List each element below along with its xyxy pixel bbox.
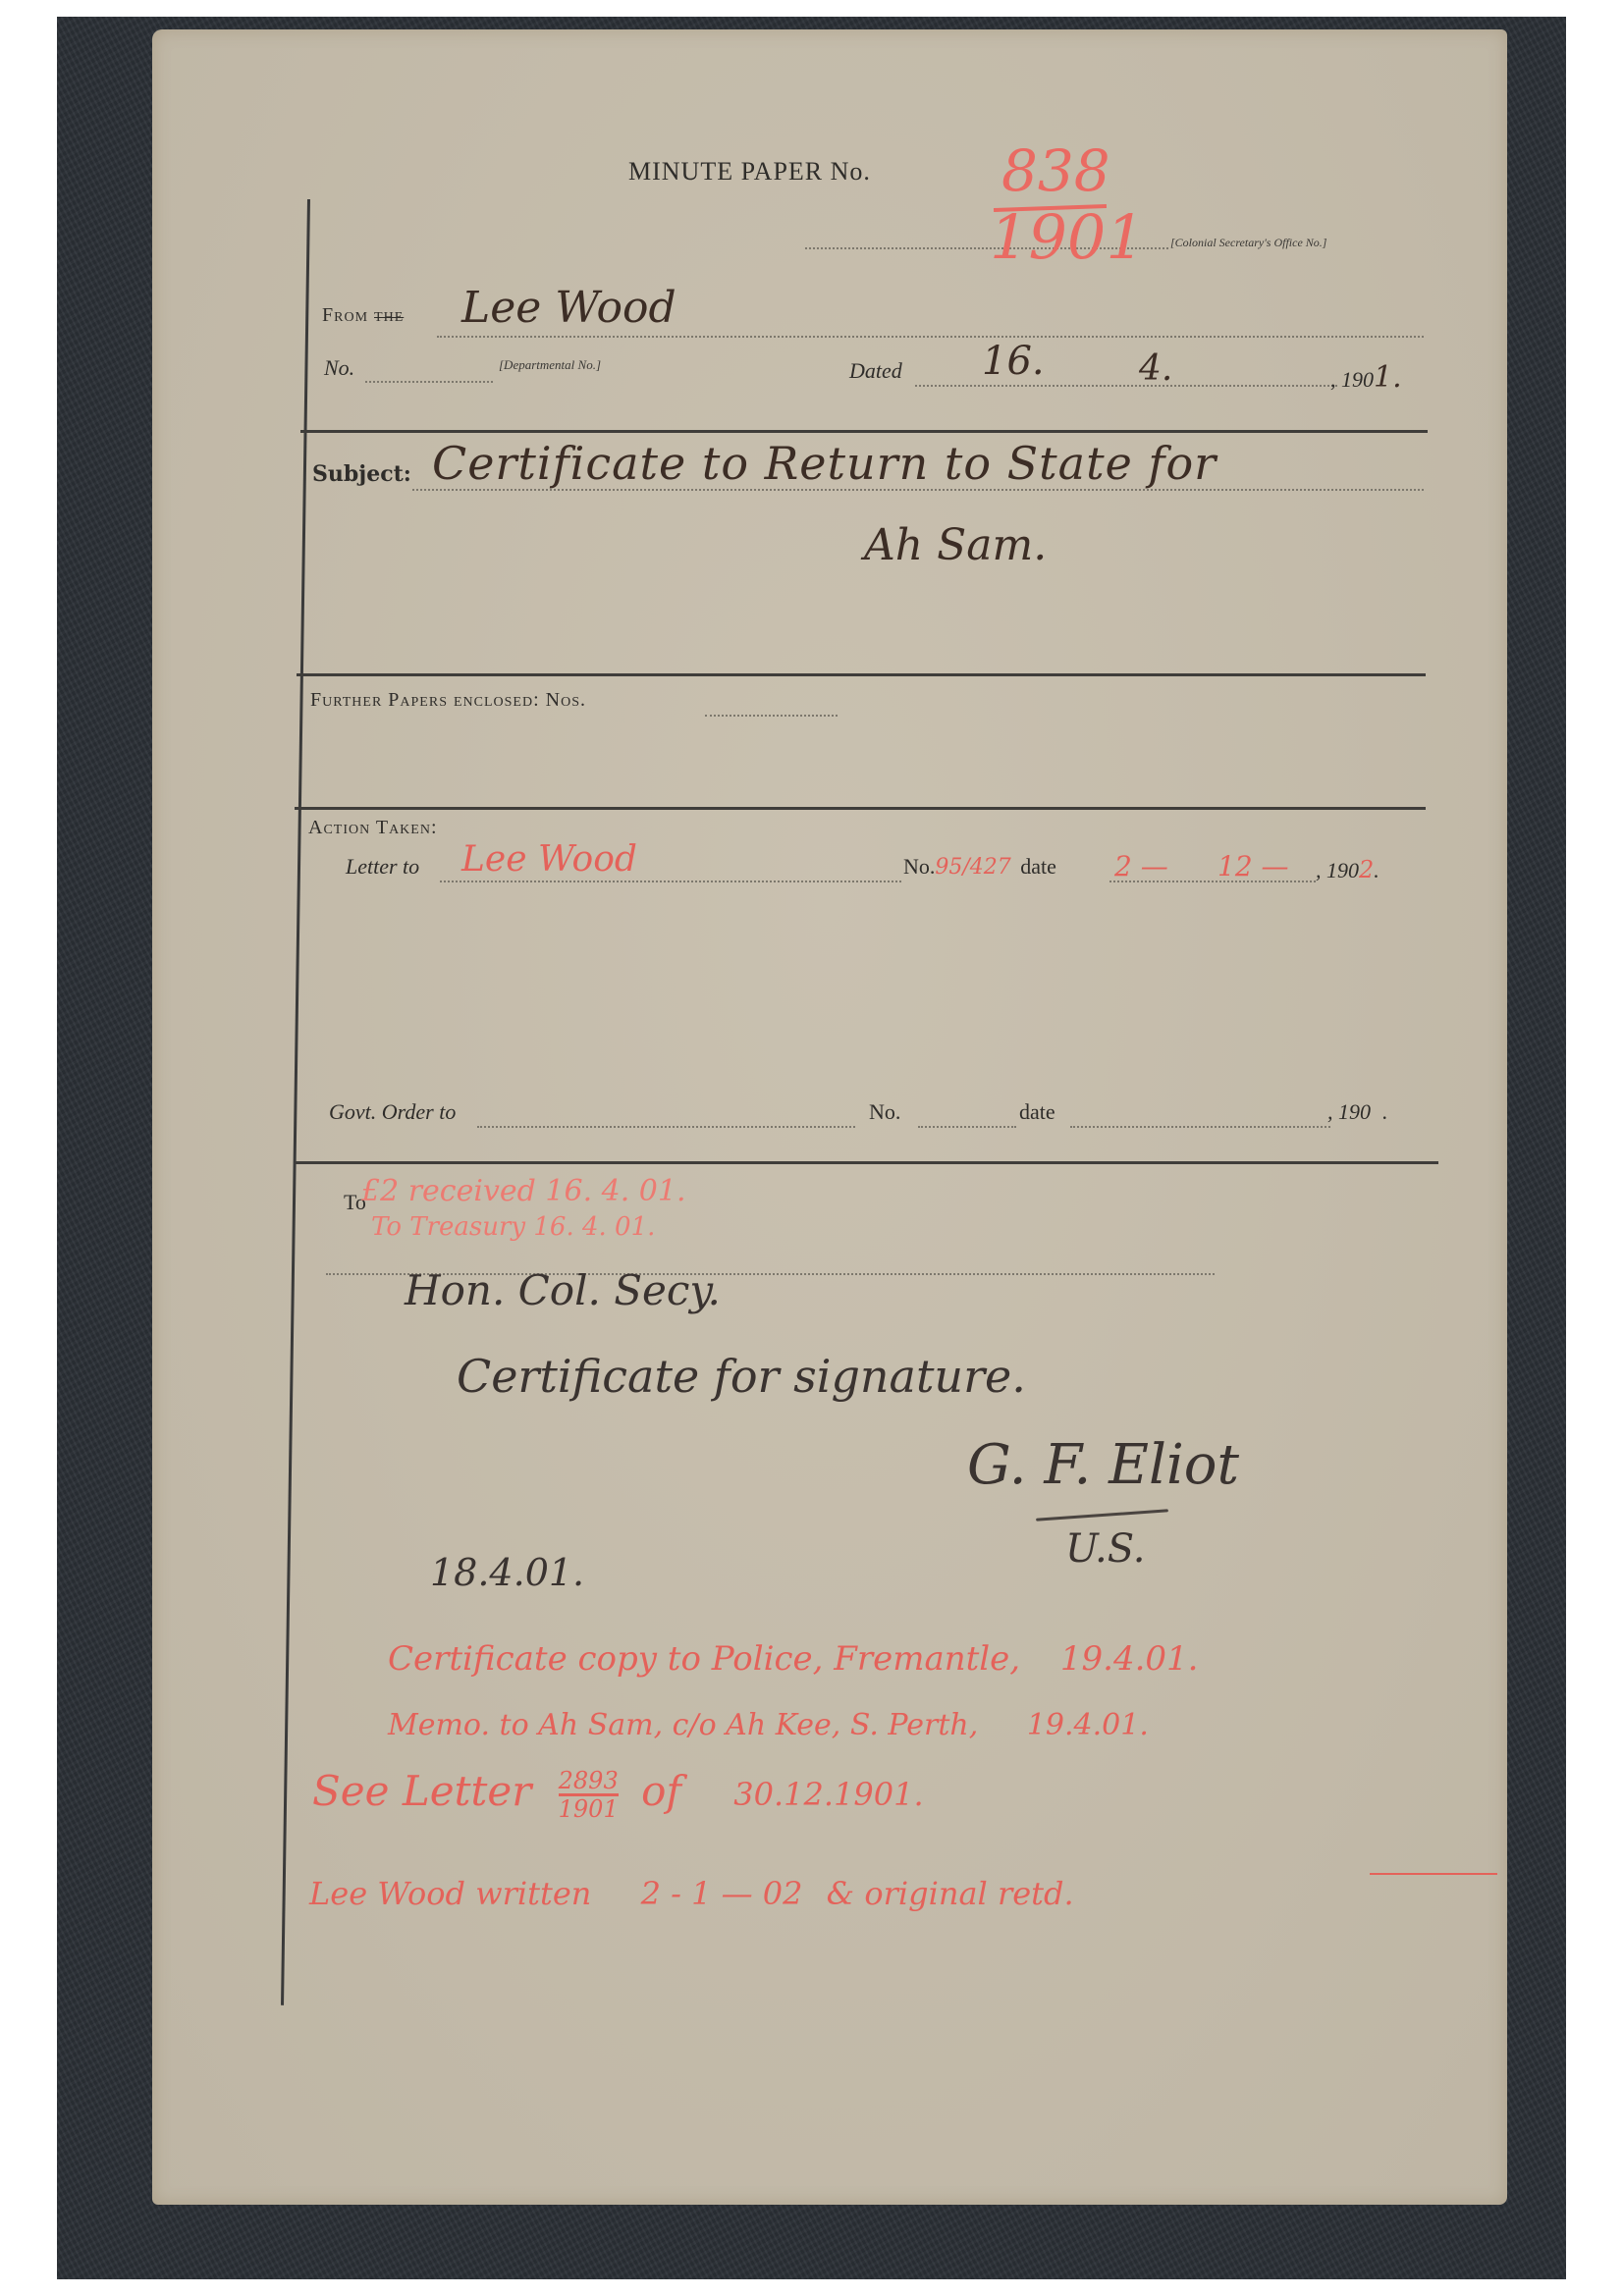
dated-year: , 1901. xyxy=(1330,360,1402,395)
minute-paper-title: MINUTE PAPER No. xyxy=(628,157,871,186)
action-date-month: 12 — xyxy=(1217,850,1289,882)
dated-label: Dated xyxy=(849,358,902,384)
minute-date: 18.4.01. xyxy=(430,1551,584,1594)
subject-line-1: Certificate to Return to State for xyxy=(432,437,1217,490)
govt-order-no-label: No. xyxy=(869,1099,900,1125)
rule-after-further-papers xyxy=(295,807,1426,810)
rule-after-header xyxy=(300,430,1428,433)
red-annotation-memo: Memo. to Ah Sam, c/o Ah Kee, S. Perth, 1… xyxy=(388,1708,1149,1742)
red-annotation-lee-wood-written: Lee Wood written 2 - 1 — 02 & original r… xyxy=(309,1875,1074,1912)
govt-order-label: Govt. Order to xyxy=(329,1099,456,1125)
from-label: From the xyxy=(322,304,404,327)
signature-title: U.S. xyxy=(1065,1526,1145,1572)
govt-order-date-label: date xyxy=(1019,1099,1055,1125)
govt-order-date-dotted-line xyxy=(1070,1126,1330,1128)
dated-day: 16. xyxy=(982,339,1045,384)
department-no-dotted-line xyxy=(365,381,493,383)
further-papers-label: Further Papers enclosed: Nos. xyxy=(310,689,586,712)
letter-to-label: Letter to xyxy=(346,854,419,880)
from-value: Lee Wood xyxy=(461,283,676,333)
addressee: Hon. Col. Secy. xyxy=(405,1266,721,1314)
red-annotation-see-letter: See Letter 2893 1901 of 30.12.1901. xyxy=(312,1767,924,1822)
govt-order-dotted-line xyxy=(477,1126,855,1128)
red-annotation-overline xyxy=(1370,1873,1497,1875)
minute-no-denominator: 1901 xyxy=(990,201,1145,273)
govt-order-year: , 190. xyxy=(1327,1099,1388,1125)
action-year: , 1902. xyxy=(1316,856,1380,883)
subject-line-2: Ah Sam. xyxy=(864,520,1047,570)
action-date-day: 2 — xyxy=(1114,850,1168,882)
action-no-label: No.95/427 date xyxy=(903,854,1056,880)
office-no-note: [Colonial Secretary's Office No.] xyxy=(1170,236,1326,250)
govt-order-no-dotted-line xyxy=(918,1126,1016,1128)
see-letter-ref-numerator: 2893 xyxy=(559,1768,619,1796)
struck-the-word: the xyxy=(374,310,404,325)
minute-no-numerator: 838 xyxy=(1001,137,1110,204)
red-annotation-police: Certificate copy to Police, Fremantle, 1… xyxy=(388,1639,1198,1679)
subject-label: Subject: xyxy=(312,461,411,487)
signature: G. F. Eliot xyxy=(967,1433,1239,1497)
department-no-note: [Departmental No.] xyxy=(499,357,601,373)
see-letter-ref-denominator: 1901 xyxy=(559,1796,619,1822)
letter-to-value: Lee Wood xyxy=(461,839,637,880)
rule-after-subject xyxy=(297,673,1426,676)
action-no-value: 95/427 xyxy=(935,855,1010,880)
from-dotted-line xyxy=(437,336,1424,338)
further-papers-dotted-line xyxy=(705,715,838,717)
letter-to-dotted-line xyxy=(440,881,901,882)
red-note-received: £2 received 16. 4. 01. xyxy=(361,1174,686,1208)
minute-paper-header: MINUTE PAPER No. xyxy=(628,157,871,187)
department-no-label: No. xyxy=(324,355,354,381)
rule-before-to xyxy=(295,1161,1438,1164)
dated-month: 4. xyxy=(1139,348,1172,389)
action-taken-label: Action Taken: xyxy=(308,817,438,839)
red-note-treasury: To Treasury 16. 4. 01. xyxy=(371,1212,655,1242)
minute-body: Certificate for signature. xyxy=(457,1350,1026,1403)
dated-dotted-line xyxy=(915,385,1337,387)
